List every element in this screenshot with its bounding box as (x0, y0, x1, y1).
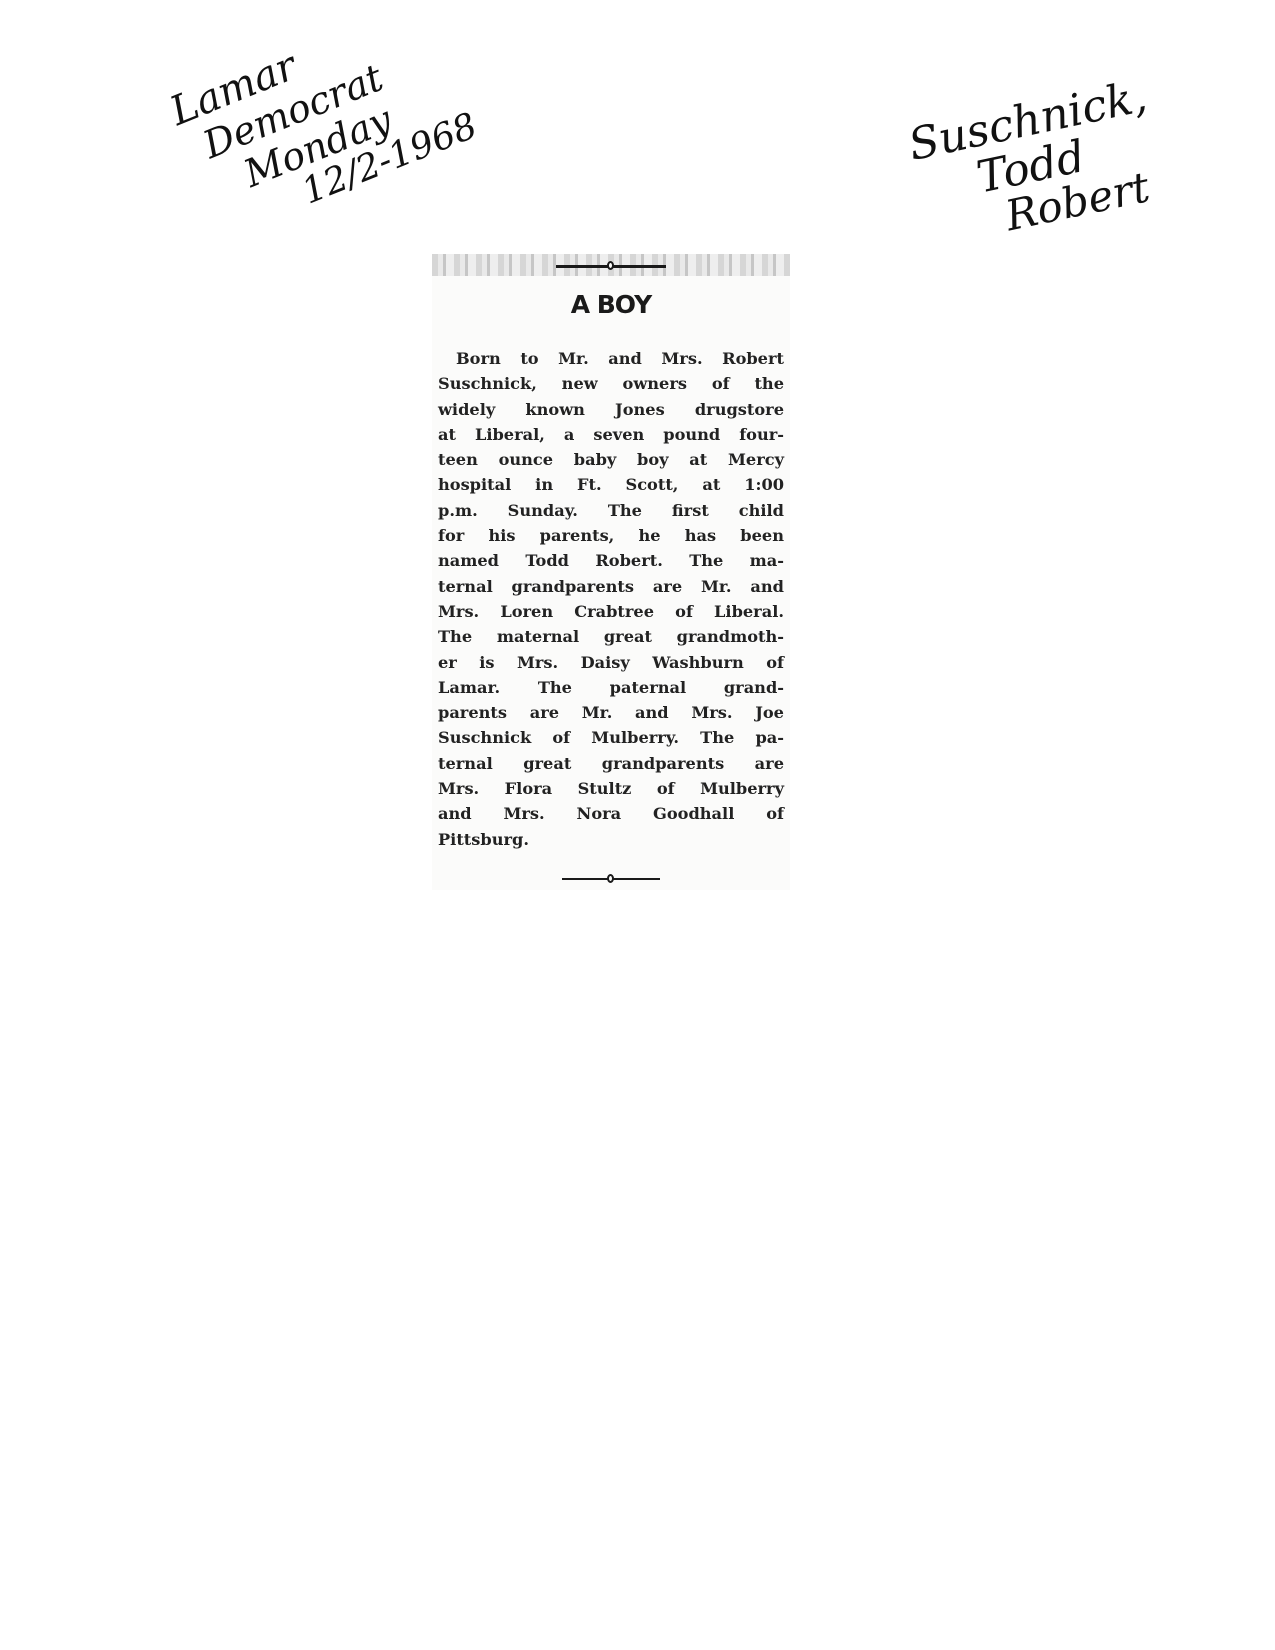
rule-ornament-icon (556, 260, 666, 272)
clipping-text-line: p.m. Sunday. The first child (438, 498, 784, 523)
clipping-text-line: Suschnick, new owners of the (438, 371, 784, 396)
clipping-text-line: Pittsburg. (438, 827, 784, 852)
clipping-text-line: for his parents, he has been (438, 523, 784, 548)
clipping-text-line: ternal great grandparents are (438, 751, 784, 776)
clipping-text-line: and Mrs. Nora Goodhall of (438, 801, 784, 826)
clipping-text-line: teen ounce baby boy at Mercy (438, 447, 784, 472)
ornament-circle (607, 874, 614, 883)
newspaper-clipping: A BOY Born to Mr. and Mrs. RobertSuschni… (432, 254, 790, 890)
clipping-text-line: widely known Jones drugstore (438, 397, 784, 422)
ornament-circle (607, 261, 614, 270)
rule-ornament-icon (562, 873, 660, 885)
clipping-text-line: Suschnick of Mulberry. The pa- (438, 725, 784, 750)
clipping-text-line: Mrs. Flora Stultz of Mulberry (438, 776, 784, 801)
clipping-text-line: The maternal great grandmoth- (438, 624, 784, 649)
handwritten-source-note: Lamar Democrat Monday 12/2-1968 (165, 0, 482, 245)
clipping-text-line: at Liberal, a seven pound four- (438, 422, 784, 447)
handwritten-name-note: Suschnick, Todd Robert (905, 75, 1169, 254)
clipping-text-line: parents are Mr. and Mrs. Joe (438, 700, 784, 725)
clipping-text-line: hospital in Ft. Scott, at 1:00 (438, 472, 784, 497)
clipping-text-line: ternal grandparents are Mr. and (438, 574, 784, 599)
clipping-headline: A BOY (432, 290, 790, 319)
clipping-text-line: er is Mrs. Daisy Washburn of (438, 650, 784, 675)
clipping-text-line: Lamar. The paternal grand- (438, 675, 784, 700)
clipping-body: Born to Mr. and Mrs. RobertSuschnick, ne… (438, 346, 784, 852)
clipping-text-line: Born to Mr. and Mrs. Robert (438, 346, 784, 371)
clipping-text-line: Mrs. Loren Crabtree of Liberal. (438, 599, 784, 624)
clipping-text-line: named Todd Robert. The ma- (438, 548, 784, 573)
